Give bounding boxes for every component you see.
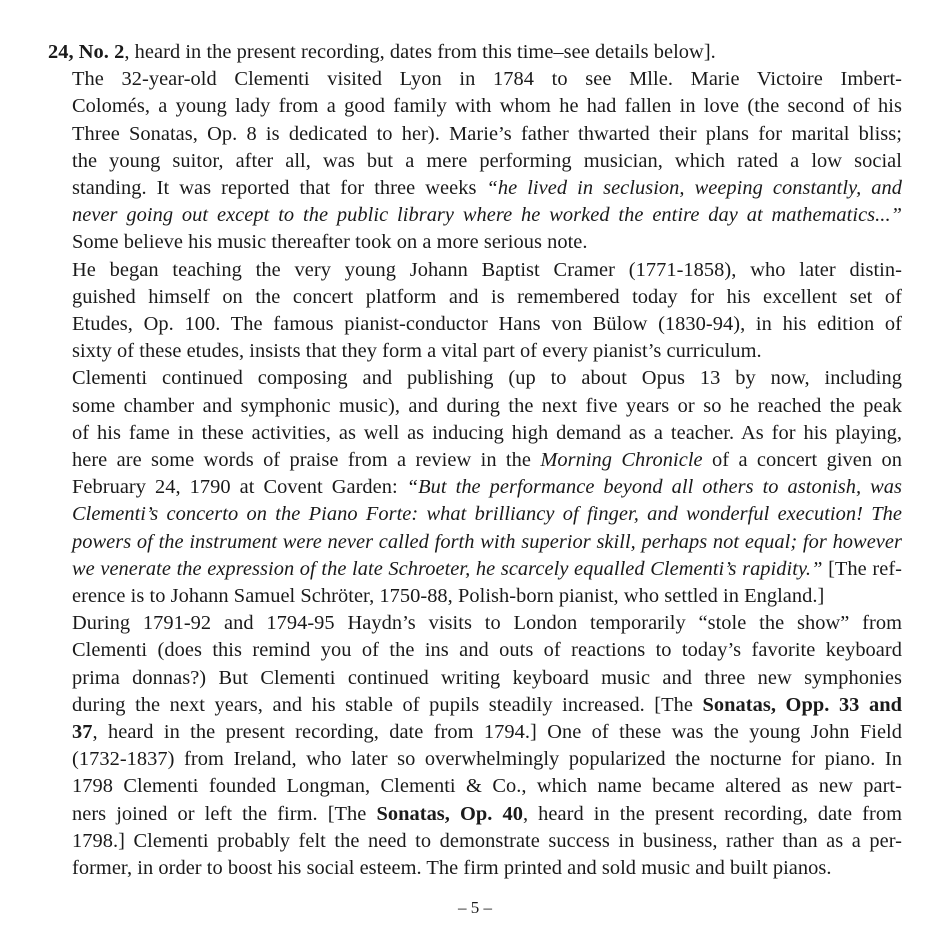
italic-text: powers of the instrument were never call… <box>72 531 902 553</box>
text-line: 1798.] Clementi probably felt the need t… <box>48 828 902 855</box>
text-line: some chamber and symphonic music), and d… <box>48 393 902 420</box>
text-line: Clementi (does this remind you of the in… <box>48 637 902 664</box>
italic-text: Clementi’s concerto on the Piano Forte: … <box>72 503 902 525</box>
bold-text: Sonatas, Opp. 33 and <box>703 694 902 716</box>
text-line: (1732-1837) from Ireland, who later so o… <box>48 746 902 773</box>
text-line: never going out except to the public lib… <box>48 202 902 229</box>
paragraph: 24, No. 2, heard in the present recordin… <box>48 39 902 66</box>
bold-text: 37 <box>72 721 93 743</box>
text-span: Some believe his music thereafter took o… <box>72 231 588 253</box>
text-span: 1798 Clementi founded Longman, Clementi … <box>72 775 902 797</box>
text-span: , heard in the present recording, date f… <box>93 721 903 743</box>
text-span: Etudes, Op. 100. The famous pianist-cond… <box>72 313 902 335</box>
text-line: during the next years, and his stable of… <box>48 692 902 719</box>
text-line: Etudes, Op. 100. The famous pianist-cond… <box>48 311 902 338</box>
text-line: 24, No. 2, heard in the present recordin… <box>48 39 902 66</box>
italic-text: “But the performance beyond all others t… <box>407 476 902 498</box>
bold-text: 24, No. 2 <box>48 41 124 63</box>
text-span: of a concert given on <box>703 449 902 471</box>
text-span: (1732-1837) from Ireland, who later so o… <box>72 748 902 770</box>
text-line: The 32-year-old Clementi visited Lyon in… <box>48 66 902 93</box>
paragraph: Clementi continued composing and publish… <box>48 365 902 610</box>
text-span: during the next years, and his stable of… <box>72 694 703 716</box>
paragraph: During 1791-92 and 1794-95 Haydn’s visit… <box>48 610 902 882</box>
text-line: the young suitor, after all, was but a m… <box>48 148 902 175</box>
text-line: ners joined or left the firm. [The Sonat… <box>48 801 902 828</box>
paragraph: He began teaching the very young Johann … <box>48 257 902 366</box>
text-span: 1798.] Clementi probably felt the need t… <box>72 830 902 852</box>
text-span: standing. It was reported that for three… <box>72 177 486 199</box>
text-line: He began teaching the very young Johann … <box>48 257 902 284</box>
document-body: 24, No. 2, heard in the present recordin… <box>48 39 902 882</box>
text-line: 37, heard in the present recording, date… <box>48 719 902 746</box>
text-span: guished himself on the concert platform … <box>72 286 902 308</box>
text-span: of his fame in these activities, as well… <box>72 422 902 444</box>
text-line: prima donnas?) But Clementi continued wr… <box>48 665 902 692</box>
text-span: He began teaching the very young Johann … <box>72 259 902 281</box>
text-line: guished himself on the concert platform … <box>48 284 902 311</box>
text-line: During 1791-92 and 1794-95 Haydn’s visit… <box>48 610 902 637</box>
paragraph: The 32-year-old Clementi visited Lyon in… <box>48 66 902 256</box>
text-line: sixty of these etudes, insists that they… <box>48 338 902 365</box>
text-line: Clementi’s concerto on the Piano Forte: … <box>48 501 902 528</box>
italic-text: never going out except to the public lib… <box>72 204 902 226</box>
text-span: During 1791-92 and 1794-95 Haydn’s visit… <box>72 612 902 634</box>
text-span: , heard in the present recording, dates … <box>124 41 715 63</box>
text-line: powers of the instrument were never call… <box>48 529 902 556</box>
text-line: we venerate the expression of the late S… <box>48 556 902 583</box>
text-span: prima donnas?) But Clementi continued wr… <box>72 667 902 689</box>
text-line: Colomés, a young lady from a good family… <box>48 93 902 120</box>
text-span: ners joined or left the firm. [The <box>72 803 376 825</box>
page-number: – 5 – <box>0 898 950 918</box>
text-span: February 24, 1790 at Covent Garden: <box>72 476 407 498</box>
text-line: Three Sonatas, Op. 8 is dedicated to her… <box>48 121 902 148</box>
text-line: standing. It was reported that for three… <box>48 175 902 202</box>
bold-text: Sonatas, Op. 40 <box>376 803 523 825</box>
text-span: here are some words of praise from a rev… <box>72 449 540 471</box>
italic-text: Morning Chronicle <box>540 449 702 471</box>
text-span: Clementi continued composing and publish… <box>72 367 902 389</box>
text-line: of his fame in these activities, as well… <box>48 420 902 447</box>
italic-text: “he lived in seclusion, weeping constant… <box>486 177 902 199</box>
text-span: former, in order to boost his social est… <box>72 857 832 879</box>
text-span: Colomés, a young lady from a good family… <box>72 95 902 117</box>
text-span: some chamber and symphonic music), and d… <box>72 395 902 417</box>
text-span: sixty of these etudes, insists that they… <box>72 340 762 362</box>
text-span: , heard in the present recording, date f… <box>523 803 902 825</box>
text-line: Some believe his music thereafter took o… <box>48 229 902 256</box>
text-span: erence is to Johann Samuel Schröter, 175… <box>72 585 824 607</box>
text-span: Clementi (does this remind you of the in… <box>72 639 902 661</box>
text-span: [The ref- <box>822 558 902 580</box>
text-line: erence is to Johann Samuel Schröter, 175… <box>48 583 902 610</box>
text-span: The 32-year-old Clementi visited Lyon in… <box>72 68 902 90</box>
text-line: former, in order to boost his social est… <box>48 855 902 882</box>
text-line: 1798 Clementi founded Longman, Clementi … <box>48 773 902 800</box>
text-span: the young suitor, after all, was but a m… <box>72 150 902 172</box>
italic-text: we venerate the expression of the late S… <box>72 558 822 580</box>
text-line: Clementi continued composing and publish… <box>48 365 902 392</box>
text-line: February 24, 1790 at Covent Garden: “But… <box>48 474 902 501</box>
text-line: here are some words of praise from a rev… <box>48 447 902 474</box>
text-span: Three Sonatas, Op. 8 is dedicated to her… <box>72 123 902 145</box>
